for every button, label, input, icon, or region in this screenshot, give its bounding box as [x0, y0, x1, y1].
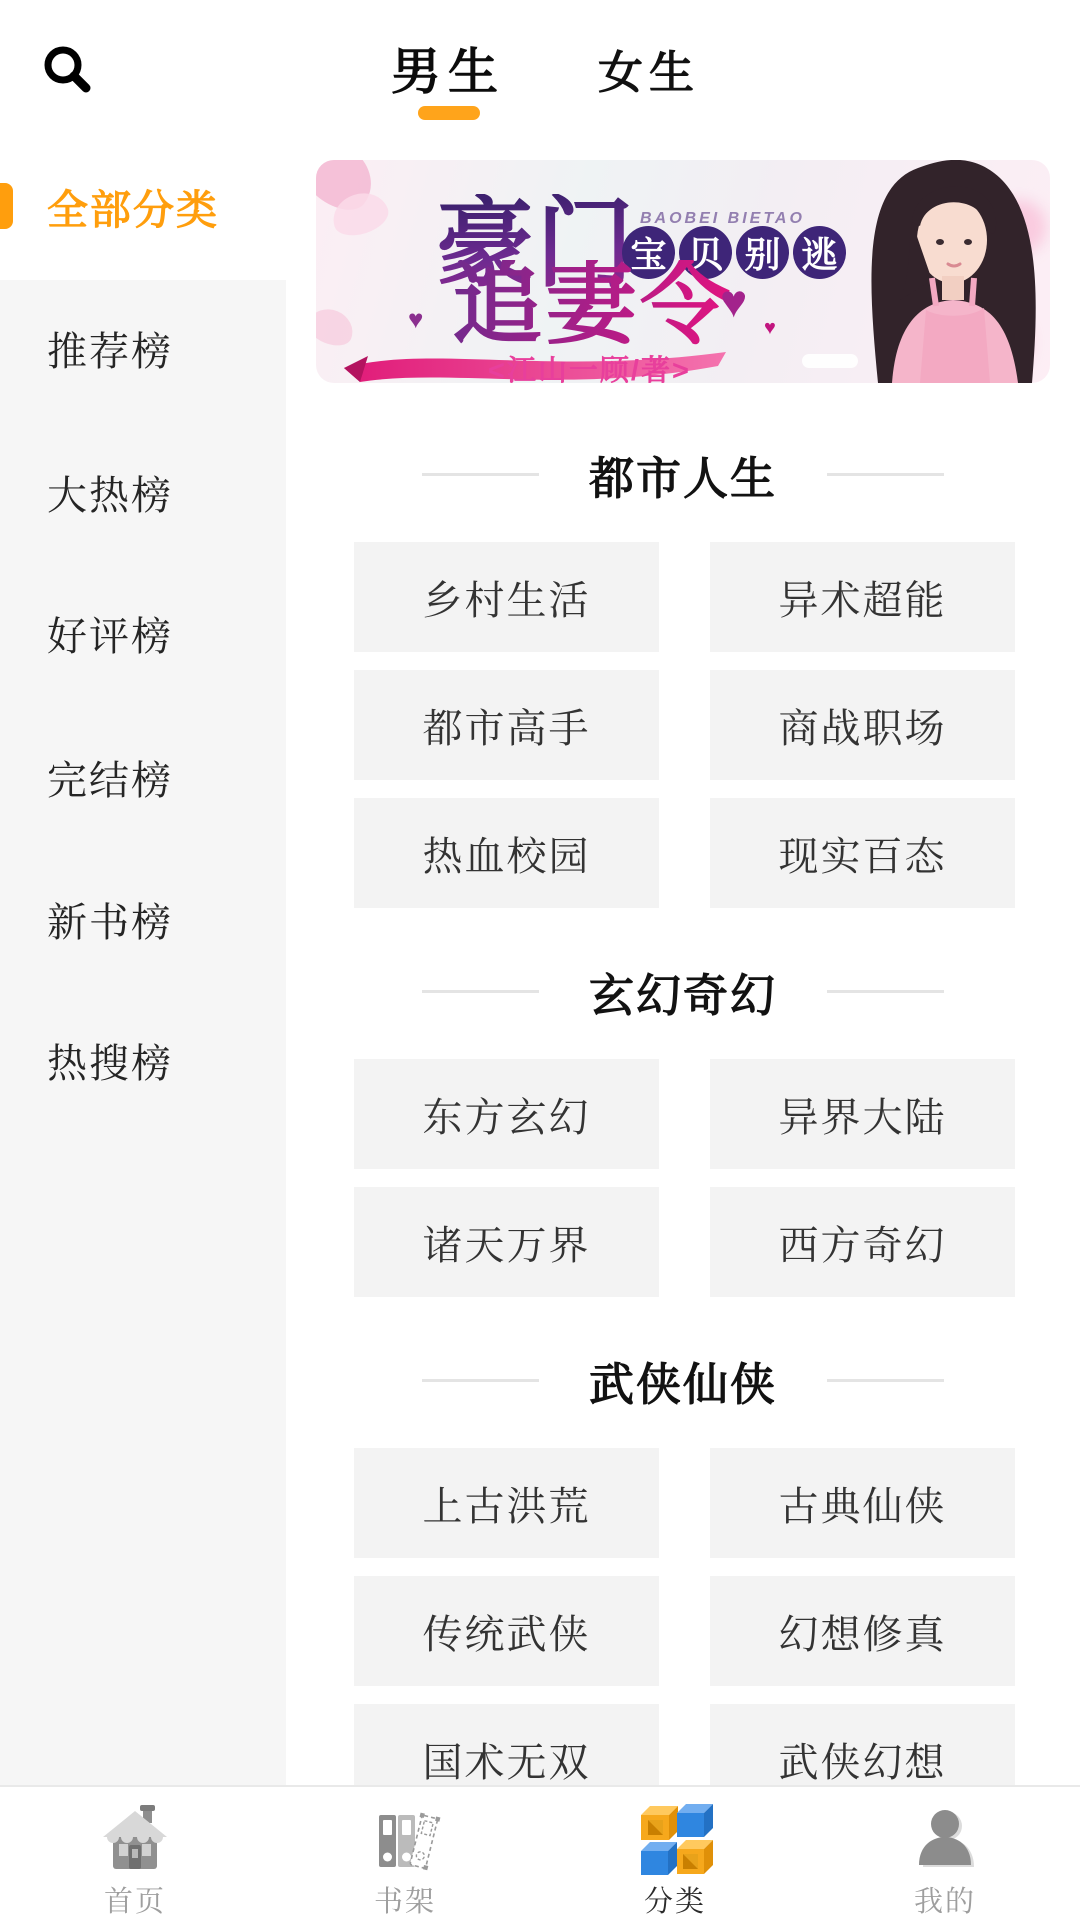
badge-char: 别: [736, 226, 789, 279]
category-button[interactable]: 异术超能: [710, 542, 1015, 652]
sidebar: 推荐榜 大热榜 好评榜 完结榜 新书榜 热搜榜: [0, 280, 286, 1785]
sidebar-all-label: 全部分类: [47, 177, 219, 236]
nav-item-home[interactable]: 首页: [0, 1787, 270, 1920]
category-button[interactable]: 古典仙侠: [710, 1448, 1015, 1558]
title-dash-right: [827, 990, 944, 993]
section-grid-fantasy: 东方玄幻 异界大陆 诸天万界 西方奇幻: [286, 1059, 1080, 1297]
bookshelf-icon: [367, 1801, 443, 1877]
title-dash-left: [422, 1379, 539, 1382]
section-title: 武侠仙侠: [589, 1348, 777, 1413]
sidebar-item-best-rated[interactable]: 好评榜: [47, 616, 173, 658]
active-tab-underline: [418, 106, 480, 120]
sidebar-item-recommend[interactable]: 推荐榜: [47, 331, 173, 373]
bottom-nav: 首页 书架: [0, 1785, 1080, 1920]
category-button[interactable]: 幻想修真: [710, 1576, 1015, 1686]
category-button[interactable]: 上古洪荒: [354, 1448, 659, 1558]
category-button[interactable]: 现实百态: [710, 798, 1015, 908]
category-content: BAOBEI BIETAO 豪门 宝 贝 别 逃 追妻令 ♥ ♥ ♥ <江山一顾…: [286, 130, 1080, 1814]
tab-male[interactable]: 男生: [391, 32, 505, 104]
profile-icon: [907, 1801, 983, 1877]
category-button[interactable]: 商战职场: [710, 670, 1015, 780]
home-icon: [97, 1801, 173, 1877]
nav-label-bookshelf: 书架: [374, 1879, 436, 1920]
category-button[interactable]: 诸天万界: [354, 1187, 659, 1297]
top-bar: 男生 女生: [0, 0, 1080, 130]
section-header-urban: 都市人生: [286, 446, 1080, 502]
active-accent-bar: [0, 183, 13, 229]
banner-author: <江山一顾/著>: [488, 348, 691, 383]
sidebar-item-hot-search[interactable]: 热搜榜: [47, 1043, 173, 1085]
nav-label-profile: 我的: [914, 1879, 976, 1920]
category-button[interactable]: 异界大陆: [710, 1059, 1015, 1169]
category-button[interactable]: 都市高手: [354, 670, 659, 780]
category-button[interactable]: 传统武侠: [354, 1576, 659, 1686]
sidebar-item-all-categories[interactable]: 全部分类: [0, 183, 286, 229]
banner-title-line2: 追妻令: [452, 260, 734, 350]
sidebar-item-completed[interactable]: 完结榜: [47, 760, 173, 802]
section-title: 玄幻奇幻: [589, 959, 777, 1024]
section-header-wuxia: 武侠仙侠: [286, 1352, 1080, 1408]
category-button[interactable]: 东方玄幻: [354, 1059, 659, 1169]
sidebar-item-new-books[interactable]: 新书榜: [47, 902, 173, 944]
section-grid-urban: 乡村生活 异术超能 都市高手 商战职场 热血校园 现实百态: [286, 542, 1080, 908]
category-button[interactable]: 西方奇幻: [710, 1187, 1015, 1297]
title-dash-left: [422, 990, 539, 993]
category-button[interactable]: 乡村生活: [354, 542, 659, 652]
section-grid-wuxia: 上古洪荒 古典仙侠 传统武侠 幻想修真 国术无双 武侠幻想: [286, 1448, 1080, 1814]
badge-char: 逃: [793, 226, 846, 279]
section-header-fantasy: 玄幻奇幻: [286, 963, 1080, 1019]
nav-item-category[interactable]: 分类: [540, 1787, 810, 1920]
title-dash-right: [827, 473, 944, 476]
banner-highlight: [802, 354, 858, 368]
title-dash-left: [422, 473, 539, 476]
title-dash-right: [827, 1379, 944, 1382]
heart-icon: ♥: [408, 306, 423, 332]
heart-icon: ♥: [720, 278, 747, 324]
nav-label-category: 分类: [644, 1879, 706, 1920]
search-icon[interactable]: [42, 44, 94, 96]
tab-female[interactable]: 女生: [598, 36, 700, 101]
sidebar-item-hot[interactable]: 大热榜: [47, 475, 173, 517]
heart-icon: ♥: [764, 318, 776, 338]
promo-banner[interactable]: BAOBEI BIETAO 豪门 宝 贝 别 逃 追妻令 ♥ ♥ ♥ <江山一顾…: [316, 160, 1050, 383]
nav-label-home: 首页: [104, 1879, 166, 1920]
category-icon: [637, 1801, 713, 1877]
nav-item-bookshelf[interactable]: 书架: [270, 1787, 540, 1920]
section-title: 都市人生: [589, 442, 777, 507]
nav-item-profile[interactable]: 我的: [810, 1787, 1080, 1920]
category-button[interactable]: 热血校园: [354, 798, 659, 908]
